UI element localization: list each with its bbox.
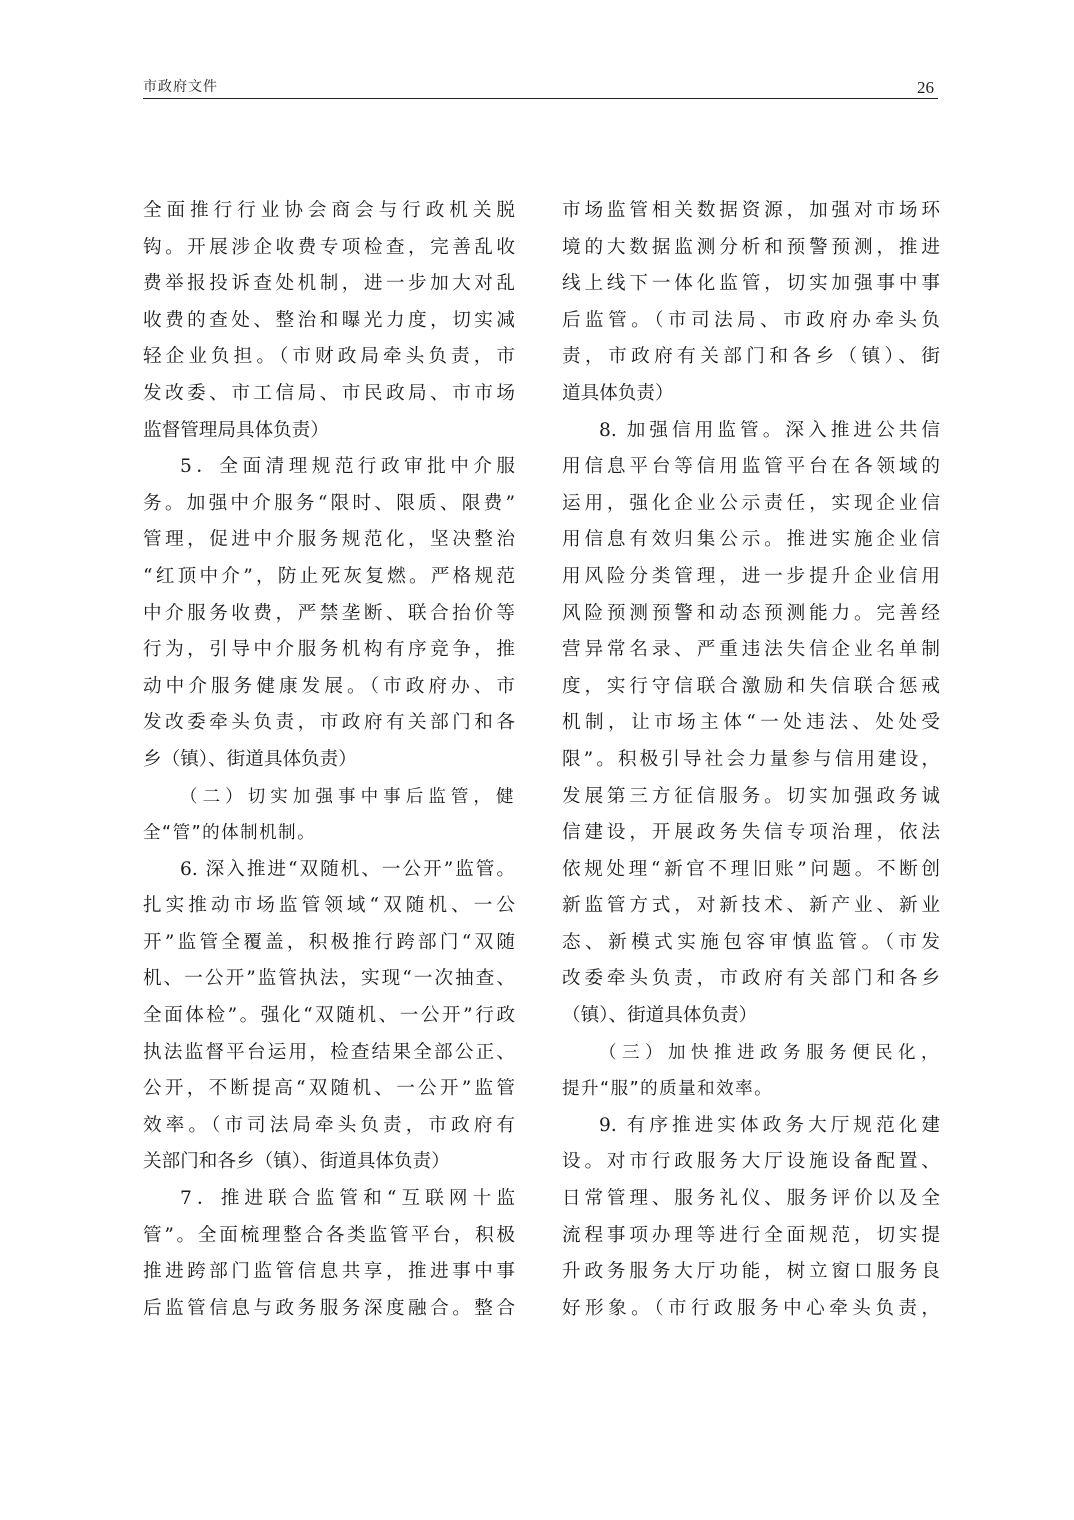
text-line: 扎实推动市场监管领域“双随机、一公: [143, 888, 515, 925]
text-line: 流程事项办理等进行全面规范，切实提: [562, 1218, 940, 1255]
text-line: 机制，让市场主体“一处违法、处处受: [562, 705, 940, 742]
text-line: 依规处理“新官不理旧账”问题。不断创: [562, 852, 940, 889]
text-line: 设。对市行政服务大厅设施设备配置、: [562, 1144, 940, 1181]
text-line: 市场监管相关数据资源，加强对市场环: [562, 193, 940, 230]
text-line: 8. 加强信用监管。深入推进公共信: [562, 413, 940, 450]
text-line: 新监管方式，对新技术、新产业、新业: [562, 888, 940, 925]
section-heading-line: 提升“服”的质量和效率。: [562, 1071, 940, 1108]
text-line: 用信息有效归集公示。推进实施企业信: [562, 522, 940, 559]
text-line: 好形象。（市行政服务中心牵头负责，: [562, 1291, 940, 1328]
text-line: 升政务服务大厅功能，树立窗口服务良: [562, 1254, 940, 1291]
left-text-column: 全面推行行业协会商会与行政机关脱钩。开展涉企收费专项检查，完善乱收费举报投诉查处…: [143, 193, 515, 1327]
text-line: 乡（镇）、街道具体负责）: [143, 742, 515, 779]
text-line: 5．全面清理规范行政审批中介服: [143, 449, 515, 486]
text-line: （镇）、街道具体负责）: [562, 998, 940, 1035]
text-line: 用信息平台等信用监管平台在各领域的: [562, 449, 940, 486]
section-heading-line: （三）加快推进政务服务便民化，: [562, 1035, 940, 1072]
section-heading-line: （二）切实加强事中事后监管，健: [143, 779, 515, 816]
text-line: 用风险分类管理，进一步提升企业信用: [562, 559, 940, 596]
text-line: 营异常名录、严重违法失信企业名单制: [562, 632, 940, 669]
text-line: 9. 有序推进实体政务大厅规范化建: [562, 1108, 940, 1145]
text-line: 收费的查处、整治和曝光力度，切实减: [143, 303, 515, 340]
page-number: 26: [917, 78, 934, 98]
text-line: 7．推进联合监管和“互联网十监: [143, 1181, 515, 1218]
right-text-column: 市场监管相关数据资源，加强对市场环境的大数据监测分析和预警预测，推进线上线下一体…: [562, 193, 940, 1327]
text-line: 发改委牵头负责，市政府有关部门和各: [143, 705, 515, 742]
text-line: 中介服务收费，严禁垄断、联合抬价等: [143, 596, 515, 633]
text-line: 限”。积极引导社会力量参与信用建设，: [562, 742, 940, 779]
text-line: 钩。开展涉企收费专项检查，完善乱收: [143, 230, 515, 267]
text-line: 监督管理局具体负责）: [143, 413, 515, 450]
text-line: 发展第三方征信服务。切实加强政务诚: [562, 779, 940, 816]
text-line: 动中介服务健康发展。（市政府办、市: [143, 669, 515, 706]
text-line: 线上线下一体化监管，切实加强事中事: [562, 266, 940, 303]
text-line: 效率。（市司法局牵头负责，市政府有: [143, 1108, 515, 1145]
text-line: 管”。全面梳理整合各类监管平台，积极: [143, 1218, 515, 1255]
text-line: 开”监管全覆盖，积极推行跨部门“双随: [143, 925, 515, 962]
text-line: 运用，强化企业公示责任，实现企业信: [562, 486, 940, 523]
text-line: 道具体负责）: [562, 376, 940, 413]
text-line: 6. 深入推进“双随机、一公开”监管。: [143, 852, 515, 889]
text-line: “红顶中介”，防止死灰复燃。严格规范: [143, 559, 515, 596]
text-line: 风险预测预警和动态预测能力。完善经: [562, 596, 940, 633]
text-line: 信建设，开展政务失信专项治理，依法: [562, 815, 940, 852]
text-line: 后监管。（市司法局、市政府办牵头负: [562, 303, 940, 340]
text-line: 费举报投诉查处机制，进一步加大对乱: [143, 266, 515, 303]
text-line: 全面体检”。强化“双随机、一公开”行政: [143, 998, 515, 1035]
page-header: 市政府文件 26: [143, 80, 938, 99]
text-line: 务。加强中介服务“限时、限质、限费”: [143, 486, 515, 523]
document-series-title: 市政府文件: [143, 76, 218, 96]
text-line: 执法监督平台运用，检查结果全部公正、: [143, 1035, 515, 1072]
text-line: 推进跨部门监管信息共享，推进事中事: [143, 1254, 515, 1291]
text-line: 境的大数据监测分析和预警预测，推进: [562, 230, 940, 267]
text-line: 机、一公开”监管执法，实现“一次抽查、: [143, 961, 515, 998]
text-line: 责，市政府有关部门和各乡（镇）、街: [562, 339, 940, 376]
text-line: 管理，促进中介服务规范化，坚决整治: [143, 522, 515, 559]
text-line: 后监管信息与政务服务深度融合。整合: [143, 1291, 515, 1328]
text-line: 日常管理、服务礼仪、服务评价以及全: [562, 1181, 940, 1218]
text-line: 轻企业负担。（市财政局牵头负责，市: [143, 339, 515, 376]
text-line: 改委牵头负责，市政府有关部门和各乡: [562, 961, 940, 998]
text-line: 全面推行行业协会商会与行政机关脱: [143, 193, 515, 230]
text-line: 态、新模式实施包容审慎监管。（市发: [562, 925, 940, 962]
text-line: 发改委、市工信局、市民政局、市市场: [143, 376, 515, 413]
text-line: 关部门和各乡（镇）、街道具体负责）: [143, 1144, 515, 1181]
text-line: 行为，引导中介服务机构有序竞争，推: [143, 632, 515, 669]
section-heading-line: 全“管”的体制机制。: [143, 815, 515, 852]
text-line: 公开，不断提高“双随机、一公开”监管: [143, 1071, 515, 1108]
text-line: 度，实行守信联合激励和失信联合惩戒: [562, 669, 940, 706]
